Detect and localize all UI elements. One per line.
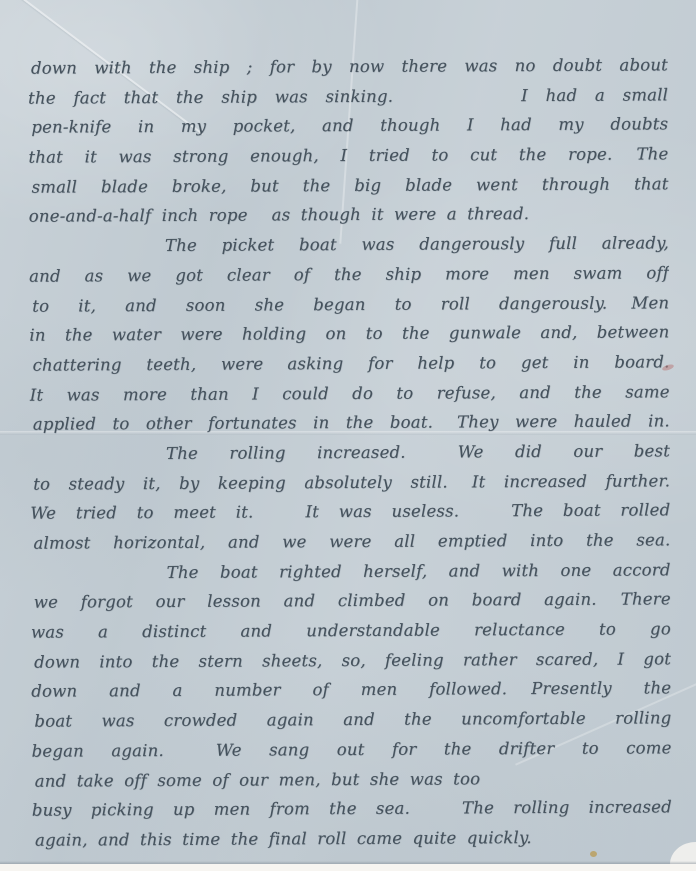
handwriting-line: the fact that the ship was sinking.I had…: [28, 80, 668, 113]
handwriting-line: to steady it, by keeping absolutely stil…: [30, 466, 670, 499]
pause-gap: [433, 427, 457, 428]
handwriting-segment: busy picking up men from the sea.: [32, 799, 410, 820]
handwriting-line: in the water were holding on to the gunw…: [29, 318, 669, 351]
handwriting-line: was a distinct and understandable reluct…: [31, 614, 671, 647]
handwriting-line: we forgot our lesson and climbed on boar…: [31, 585, 671, 618]
pause-gap: [164, 755, 216, 756]
pause-gap: [597, 604, 621, 605]
handwriting-segment: boat was crowded again and the uncomfort…: [34, 708, 671, 730]
handwriting-segment: the fact that the ship was sinking.: [28, 86, 393, 107]
handwriting-segment: asking for help to get in board.: [287, 352, 669, 373]
handwriting-segment: I had a small: [521, 85, 668, 105]
pause-gap: [507, 693, 531, 694]
handwriting-segment: applied to other fortunates in the boat.: [33, 413, 433, 434]
paper-stain-speck: [590, 851, 597, 857]
handwriting-segment: We sang out for the drifter to come: [216, 738, 672, 759]
handwriting-line: The boat righted herself, and with one a…: [31, 555, 671, 588]
handwriting-segment: pen-knife in my pocket, and though I had…: [31, 115, 668, 137]
handwriting-segment: and take off some of our men, but she wa…: [35, 769, 481, 790]
handwriting-segment: again, and this time the final roll came…: [35, 828, 532, 850]
handwriting-line: almost horizontal, and we were all empti…: [30, 525, 670, 558]
handwritten-text-block: down with the ship ; for by now there wa…: [28, 50, 672, 855]
handwriting-segment: to steady it, by keeping absolutely stil…: [33, 472, 448, 493]
handwriting-segment: small blade broke, but the big blade wen…: [32, 174, 669, 196]
handwriting-line: busy picking up men from the sea.The rol…: [32, 793, 672, 826]
handwriting-segment: in the water were holding on to the gunw…: [29, 323, 669, 345]
handwriting-segment: we forgot our lesson and climbed on boar…: [34, 590, 597, 612]
pause-gap: [612, 159, 636, 160]
handwriting-segment: We did our best: [458, 441, 670, 461]
handwriting-line: down and a number of men followed.Presen…: [31, 674, 671, 707]
pause-gap: [607, 307, 631, 308]
handwriting-segment: The: [636, 144, 668, 163]
handwriting-line: down into the stern sheets, so, feeling …: [31, 644, 671, 677]
handwriting-segment: There: [621, 590, 671, 609]
handwriting-segment: as though it were a thread.: [272, 204, 530, 224]
handwriting-segment: It was useless.: [305, 502, 459, 522]
pause-gap: [448, 486, 472, 487]
handwriting-line: pen-knife in my pocket, and though I had…: [28, 110, 668, 143]
handwriting-line: one-and-a-half inch ropeas though it wer…: [29, 199, 669, 232]
handwriting-line: to it, and soon she began to roll danger…: [29, 288, 669, 321]
handwriting-line: small blade broke, but the big blade wen…: [29, 169, 669, 202]
pause-gap: [393, 100, 521, 102]
handwriting-segment: The rolling increased: [462, 798, 672, 818]
handwriting-segment: We tried to meet it.: [30, 503, 253, 523]
handwriting-segment: The picket boat was dangerously full alr…: [165, 233, 669, 255]
handwriting-line: applied to other fortunates in the boat.…: [30, 407, 670, 440]
handwriting-segment: Men: [631, 293, 669, 312]
handwriting-segment: began again.: [32, 741, 164, 761]
pause-gap: [459, 515, 511, 516]
pause-gap: [263, 368, 287, 369]
handwriting-segment: chattering teeth, were: [32, 354, 263, 374]
scan-background-strip: [0, 864, 696, 871]
handwriting-line: boat was crowded again and the uncomfort…: [31, 703, 671, 736]
handwriting-segment: It increased further.: [472, 471, 670, 491]
handwriting-line: and take off some of our men, but she wa…: [32, 763, 672, 796]
handwriting-segment: The boat righted herself, and with one a…: [167, 560, 671, 582]
handwriting-segment: that it was strong enough, I tried to cu…: [28, 145, 612, 167]
pause-gap: [248, 220, 272, 221]
handwriting-segment: and as we got clear of the ship more men…: [29, 263, 669, 285]
handwriting-line: It was more than I could do to refuse, a…: [30, 377, 670, 410]
handwriting-segment: one-and-a-half inch rope: [29, 206, 248, 226]
handwriting-line: down with the ship ; for by now there wa…: [28, 50, 668, 83]
handwriting-segment: down into the stern sheets, so, feeling …: [34, 649, 671, 671]
pause-gap: [253, 517, 305, 518]
handwriting-segment: They were hauled in.: [457, 412, 670, 432]
handwriting-segment: The boat rolled: [511, 501, 670, 521]
handwriting-segment: down and a number of men followed.: [31, 680, 507, 701]
scanned-letter-screenshot: { "document": { "kind": "handwritten-let…: [0, 0, 696, 871]
handwriting-segment: It was more than I could do to refuse, a…: [30, 382, 670, 404]
handwriting-line: again, and this time the final roll came…: [32, 822, 672, 855]
handwriting-line: The rolling increased.We did our best: [30, 436, 670, 469]
handwriting-segment: was a distinct and understandable reluct…: [31, 619, 671, 641]
handwriting-segment: almost horizontal, and we were all empti…: [33, 530, 670, 552]
handwriting-line: The picket boat was dangerously full alr…: [29, 228, 669, 261]
handwriting-segment: down with the ship ; for by now there wa…: [31, 55, 668, 77]
handwriting-segment: Presently the: [531, 679, 671, 699]
handwriting-line: We tried to meet it.It was useless.The b…: [30, 496, 670, 529]
handwriting-segment: The rolling increased.: [166, 443, 406, 463]
pause-gap: [410, 813, 462, 814]
handwriting-segment: to it, and soon she began to roll danger…: [32, 293, 607, 315]
handwriting-line: began again.We sang out for the drifter …: [31, 733, 671, 766]
handwriting-line: and as we got clear of the ship more men…: [29, 258, 669, 291]
letter-paper: down with the ship ; for by now there wa…: [0, 0, 696, 871]
pause-gap: [406, 456, 458, 457]
handwriting-line: that it was strong enough, I tried to cu…: [28, 139, 668, 172]
handwriting-line: chattering teeth, wereasking for help to…: [29, 347, 669, 380]
